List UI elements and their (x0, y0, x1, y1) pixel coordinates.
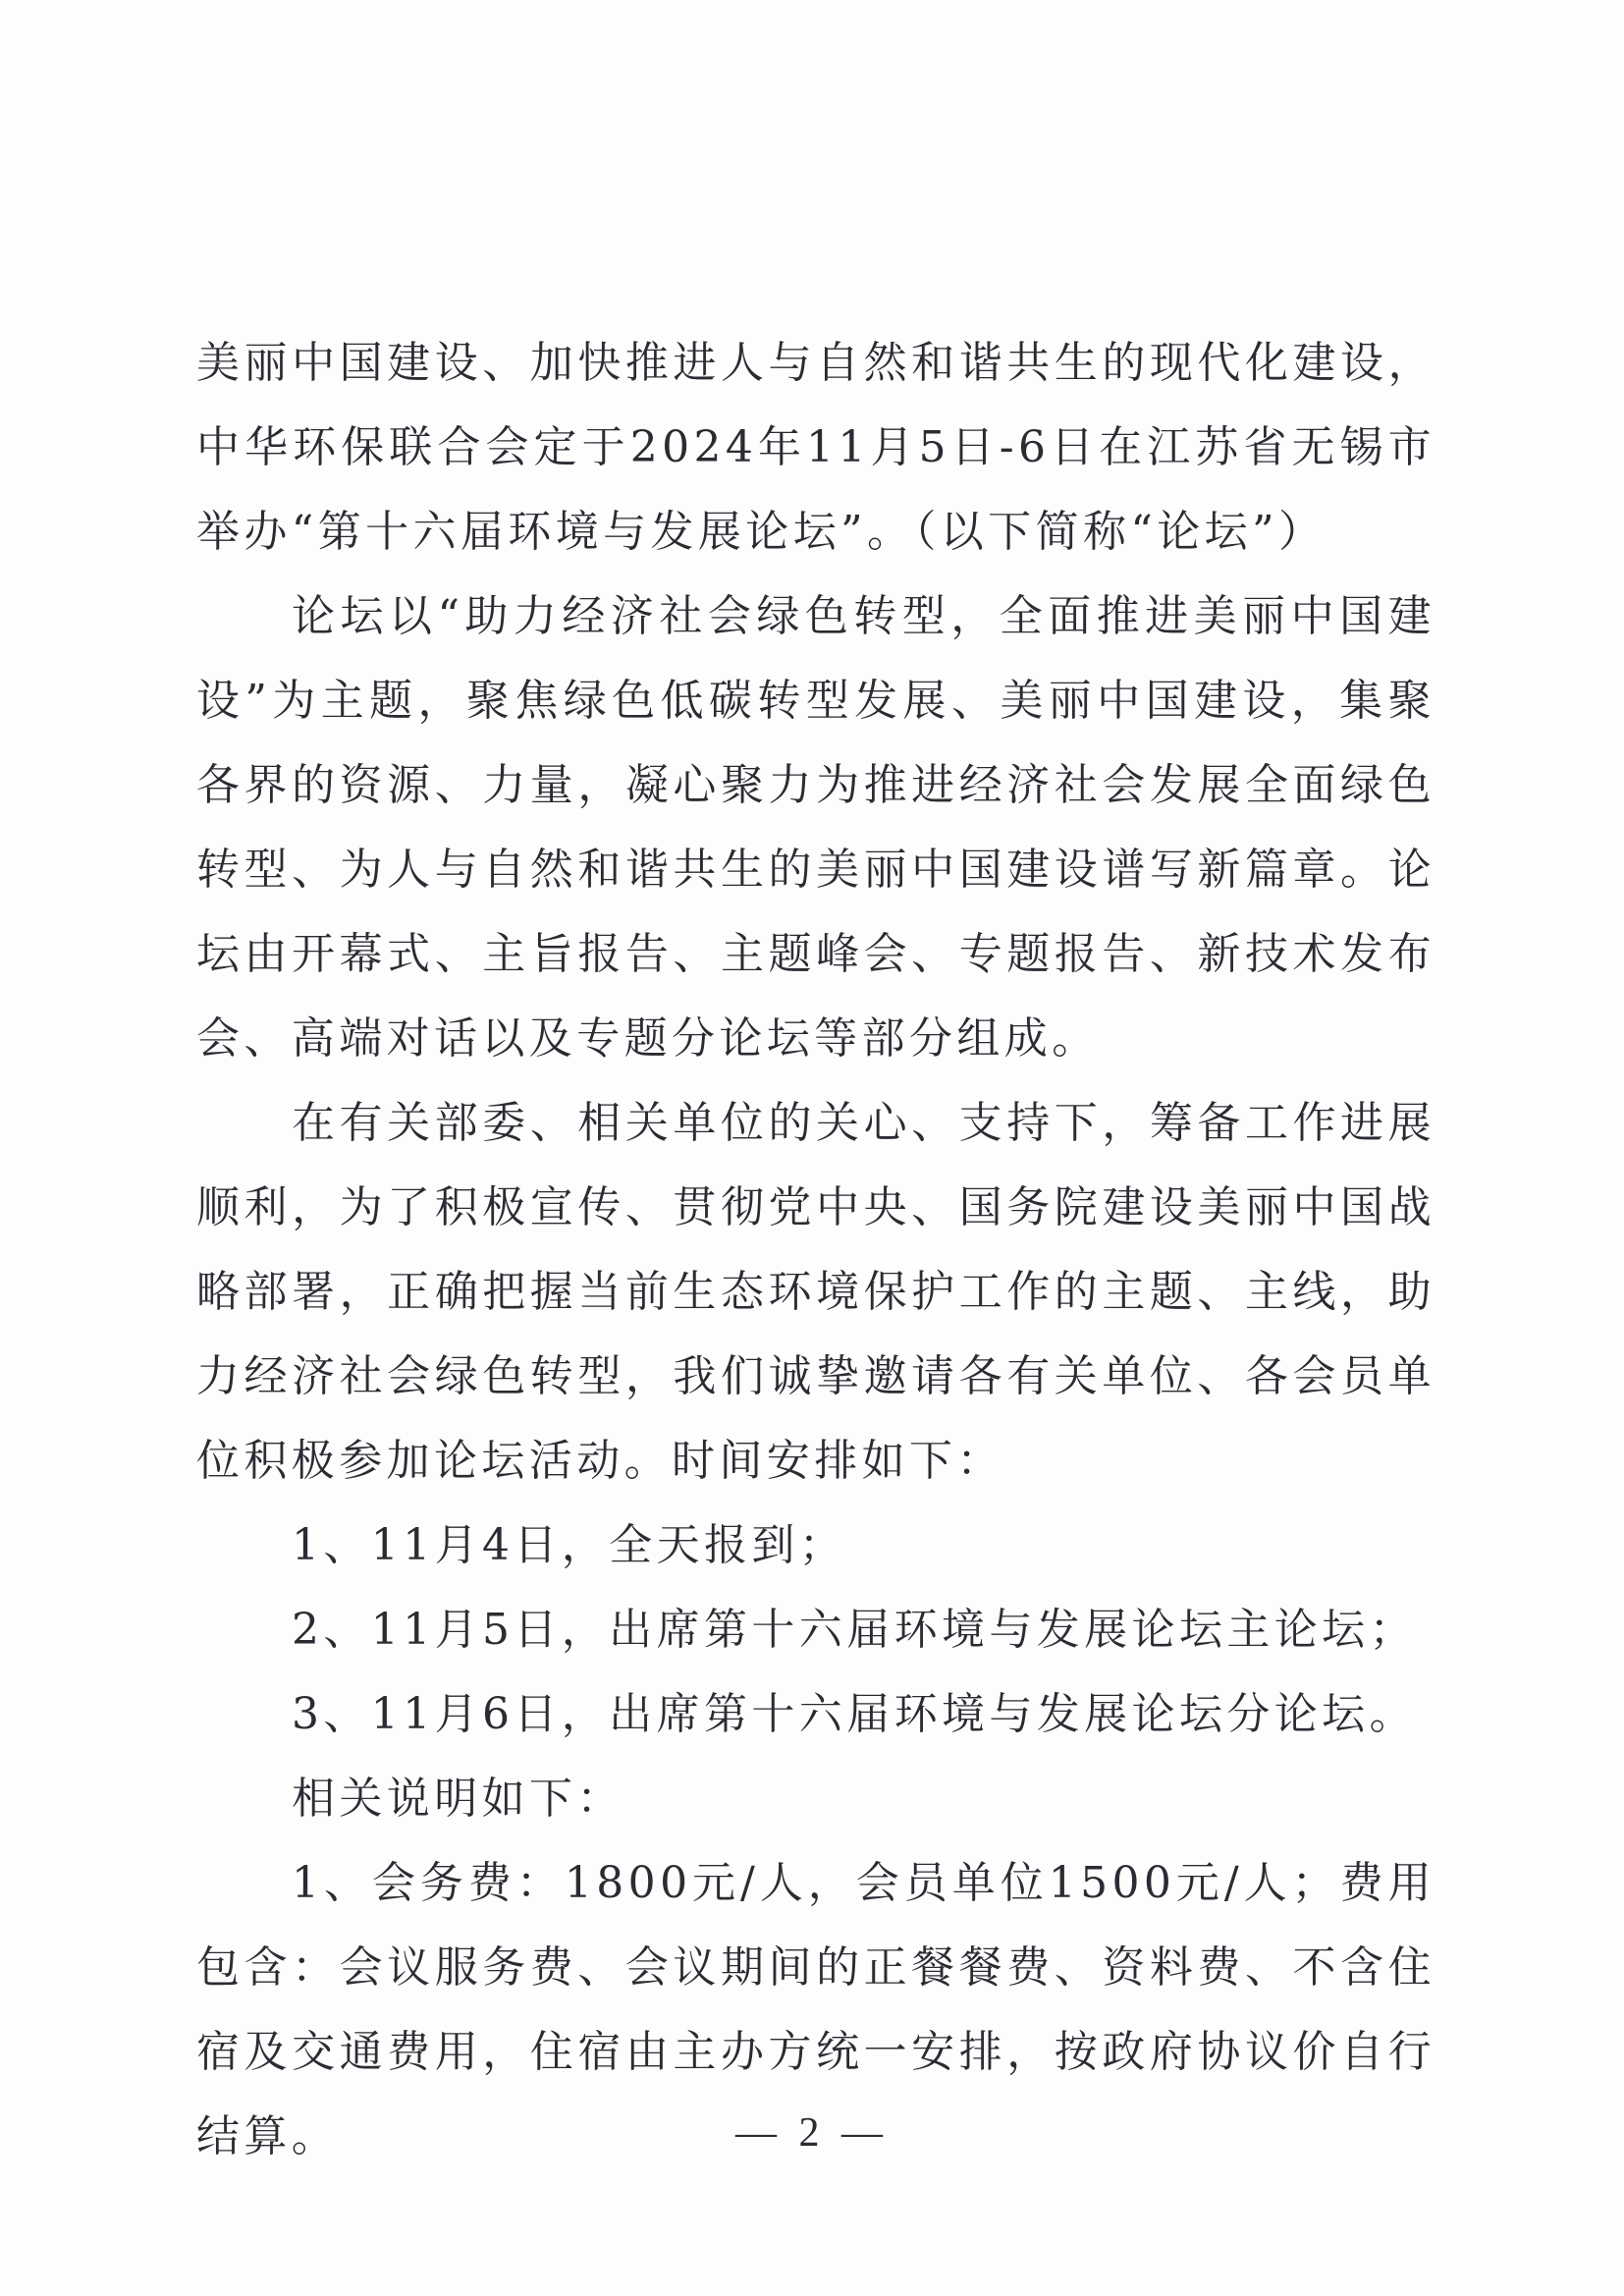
paragraph-intro: 美丽中国建设、加快推进人与自然和谐共生的现代化建设，中华环保联合会定于2024年… (196, 321, 1435, 574)
paragraph-invitation: 在有关部委、相关单位的关心、支持下，筹备工作进展顺利，为了积极宣传、贯彻党中央、… (196, 1081, 1435, 1503)
notes-heading: 相关说明如下： (196, 1757, 1435, 1841)
page-number: — 2 — (0, 2109, 1624, 2157)
paragraph-forum-theme: 论坛以“助力经济社会绿色转型，全面推进美丽中国建设”为主题，聚焦绿色低碳转型发展… (196, 574, 1435, 1081)
document-body: 美丽中国建设、加快推进人与自然和谐共生的现代化建设，中华环保联合会定于2024年… (196, 321, 1435, 2179)
schedule-item-2: 2、11月5日，出席第十六届环境与发展论坛主论坛； (196, 1588, 1435, 1672)
schedule-item-1: 1、11月4日，全天报到； (196, 1503, 1435, 1588)
schedule-item-3: 3、11月6日，出席第十六届环境与发展论坛分论坛。 (196, 1672, 1435, 1757)
document-page: 美丽中国建设、加快推进人与自然和谐共生的现代化建设，中华环保联合会定于2024年… (0, 0, 1624, 2296)
